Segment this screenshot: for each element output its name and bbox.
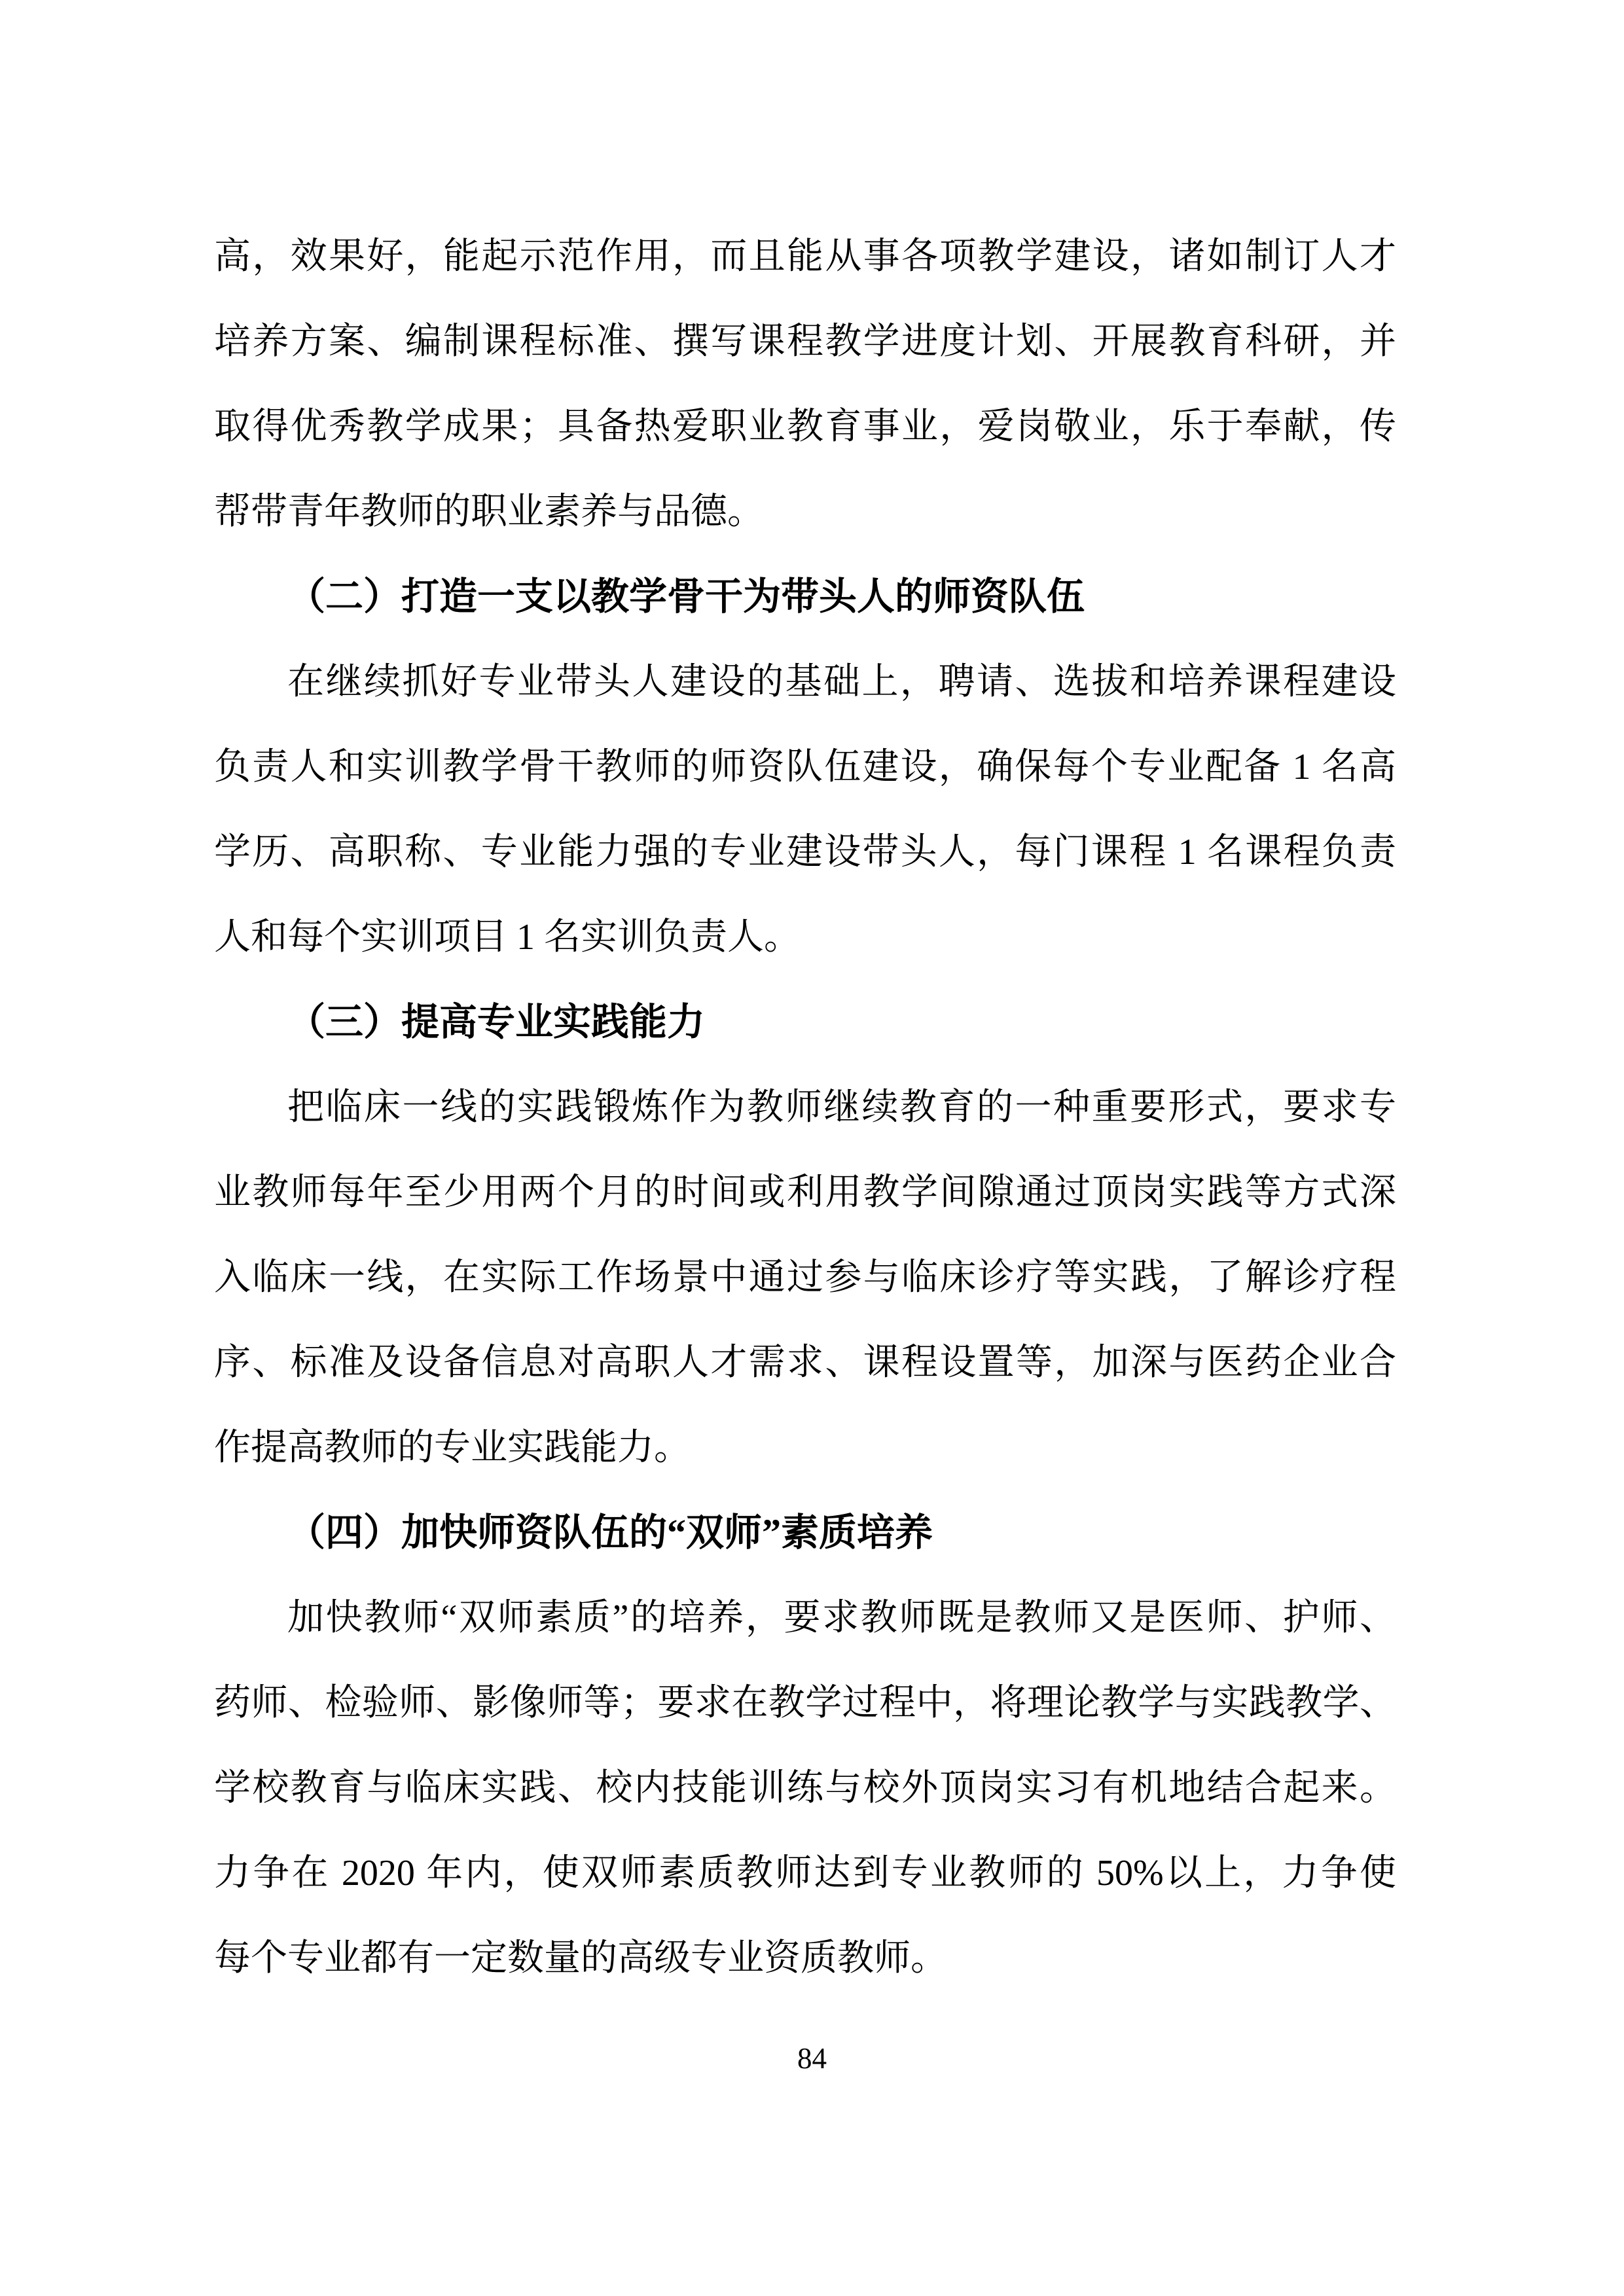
section-heading-2: （二）打造一支以教学骨干为带头人的师资队伍 [214,554,1396,639]
page-number: 84 [0,2039,1624,2078]
text-line: 学校教育与临床实践、校内技能训练与校外顶岗实习有机地结合起来。 [214,1746,1396,1831]
text-line: 培养方案、编制课程标准、撰写课程教学进度计划、开展教育科研，并 [214,299,1396,384]
section-heading-4: （四）加快师资队伍的“双师”素质培养 [214,1490,1396,1575]
document-page: 高，效果好，能起示范作用，而且能从事各项教学建设，诸如制订人才 培养方案、编制课… [0,0,1624,2296]
text-line: 业教师每年至少用两个月的时间或利用教学间隙通过顶岗实践等方式深 [214,1150,1396,1235]
text-line: 作提高教师的专业实践能力。 [214,1405,1396,1490]
text-line: 人和每个实训项目 1 名实训负责人。 [214,895,1396,980]
section-heading-3: （三）提高专业实践能力 [214,980,1396,1065]
text-line: 药师、检验师、影像师等；要求在教学过程中，将理论教学与实践教学、 [214,1660,1396,1746]
text-line: 高，效果好，能起示范作用，而且能从事各项教学建设，诸如制订人才 [214,214,1396,299]
text-line: 力争在 2020 年内，使双师素质教师达到专业教师的 50%以上，力争使 [214,1831,1396,1916]
text-line: 帮带青年教师的职业素养与品德。 [214,469,1396,554]
text-line: 在继续抓好专业带头人建设的基础上，聘请、选拔和培养课程建设 [214,639,1396,725]
text-line: 序、标准及设备信息对高职人才需求、课程设置等，加深与医药企业合 [214,1320,1396,1405]
text-line: 负责人和实训教学骨干教师的师资队伍建设，确保每个专业配备 1 名高 [214,725,1396,810]
page-body-text: 高，效果好，能起示范作用，而且能从事各项教学建设，诸如制订人才 培养方案、编制课… [214,214,1396,2001]
text-line: 入临床一线，在实际工作场景中通过参与临床诊疗等实践，了解诊疗程 [214,1235,1396,1320]
text-line: 每个专业都有一定数量的高级专业资质教师。 [214,1916,1396,2001]
text-line: 取得优秀教学成果；具备热爱职业教育事业，爱岗敬业，乐于奉献，传 [214,384,1396,469]
text-line: 把临床一线的实践锻炼作为教师继续教育的一种重要形式，要求专 [214,1065,1396,1150]
text-line: 学历、高职称、专业能力强的专业建设带头人，每门课程 1 名课程负责 [214,810,1396,895]
text-line: 加快教师“双师素质”的培养，要求教师既是教师又是医师、护师、 [214,1575,1396,1660]
